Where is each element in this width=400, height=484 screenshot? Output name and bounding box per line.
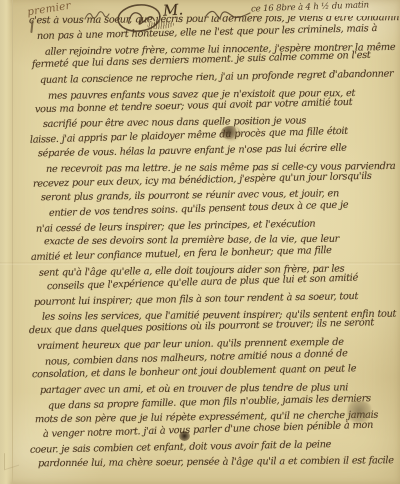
manuscript-letter-page: premier M. ce 16 8bre à 4 h ½ du matin c… [0,0,400,484]
letter-line: pardonnée lui, ma chère soeur, pensée à … [38,455,399,473]
letter-body: c'est à vous ma soeur, que j'écris pour … [12,16,399,484]
dateline: ce 16 8bre à 4 h ½ du matin [251,0,393,14]
ink-blot-dark [179,431,190,441]
smudged-ink-stamp [346,399,373,424]
